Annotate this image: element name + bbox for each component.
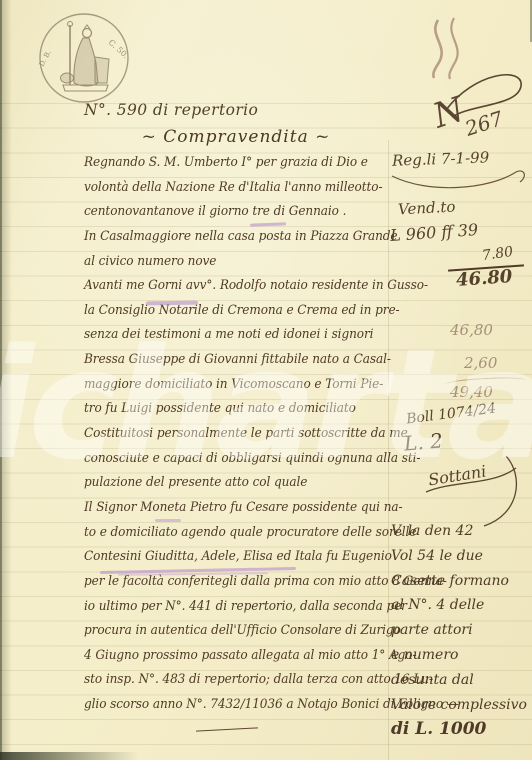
document-line: Contesini Giuditta, Adele, Elisa ed Ital… (84, 545, 395, 570)
document-line: pulazione del presente atto col quale (84, 471, 395, 496)
margin-note-line: Valore complessivo (391, 693, 531, 718)
document-line: Bressa Giuseppe di Giovanni fittabile na… (84, 348, 395, 373)
document-page: C. 50. D. B. N 267 N°. 590 di repertorio… (0, 0, 532, 760)
document-line: conosciute e capaci di obbligarsi quindi… (84, 447, 395, 472)
margin-note-line: parte attori (391, 618, 531, 643)
document-line: io ultimo per N°. 441 di repertorio, dal… (84, 595, 395, 620)
margin-note-line: desunta dal (391, 668, 531, 693)
document-line: Regnando S. M. Umberto I° per grazia di … (84, 151, 395, 176)
revenue-stamp-seal-icon: C. 50. D. B. (37, 11, 131, 105)
page-left-edge (0, 0, 2, 760)
margin-bottom-notes: V. la den 42Vol 54 le dueCasette formano… (391, 519, 531, 742)
purple-underline-pietro (155, 519, 181, 522)
document-line: Costituitosi personalmente le parti sott… (84, 422, 395, 447)
margin-note-line: di L. 1000 (391, 717, 531, 742)
document-line: volontà della Nazione Re d'Italia l'anno… (84, 176, 395, 201)
document-body: Regnando S. M. Umberto I° per grazia di … (84, 151, 395, 718)
registration-flourish-icon (388, 168, 530, 204)
registration-note: Reg.li 7-1-99 (392, 148, 490, 169)
document-line: Il Signor Moneta Pietro fu Cesare possid… (84, 496, 395, 521)
margin-note-line: al N°. 4 delle (391, 593, 531, 618)
pencil-amount-1: 46,80 (450, 321, 493, 339)
document-line: maggiore domiciliato in Vicomoscano e To… (84, 373, 395, 398)
pencil-amount-total: 49,40 (450, 383, 493, 401)
pencil-amount-2: 2,60 (464, 354, 497, 372)
document-line: Avanti me Gorni avv°. Rodolfo notaio res… (84, 274, 395, 299)
document-line: tro fu Luigi possidente qui nato e domic… (84, 397, 395, 422)
margin-note-line: V. la den 42 (391, 519, 531, 544)
document-line: centonovantanove il giorno tre di Gennai… (84, 200, 395, 225)
document-line: la Consiglio Notarile di Cremona e Crema… (84, 299, 395, 324)
document-line: to e domiciliato agendo quale procurator… (84, 521, 395, 546)
document-line: sto insp. N°. 483 di repertorio; dalla t… (84, 668, 395, 693)
margin-note-line: Vol 54 le due (391, 544, 531, 569)
document-line: senza dei testimoni a me noti ed idonei … (84, 323, 395, 348)
svg-text:N: N (427, 89, 470, 137)
document-line: al civico numero nove (84, 250, 395, 275)
document-line: In Casalmaggiore nella casa posta in Pia… (84, 225, 395, 250)
document-line: procura in autentica dell'Ufficio Consol… (84, 619, 395, 644)
price-calc-total: 46.80 (455, 266, 513, 291)
repertorio-number: N°. 590 di repertorio (84, 101, 258, 119)
page-bottom-edge (0, 752, 150, 760)
document-title: Compravendita (96, 127, 376, 147)
document-line: 4 Giugno prossimo passato allegata al mi… (84, 644, 395, 669)
margin-note-line: Casette formano (391, 569, 531, 594)
vendita-note: Vend.to (398, 198, 456, 219)
margin-note-line: e numero (391, 643, 531, 668)
document-line: glio scorso anno N°. 7432/11036 a Notajo… (84, 693, 395, 718)
paraph-squiggle-icon: N 267 (416, 14, 532, 139)
